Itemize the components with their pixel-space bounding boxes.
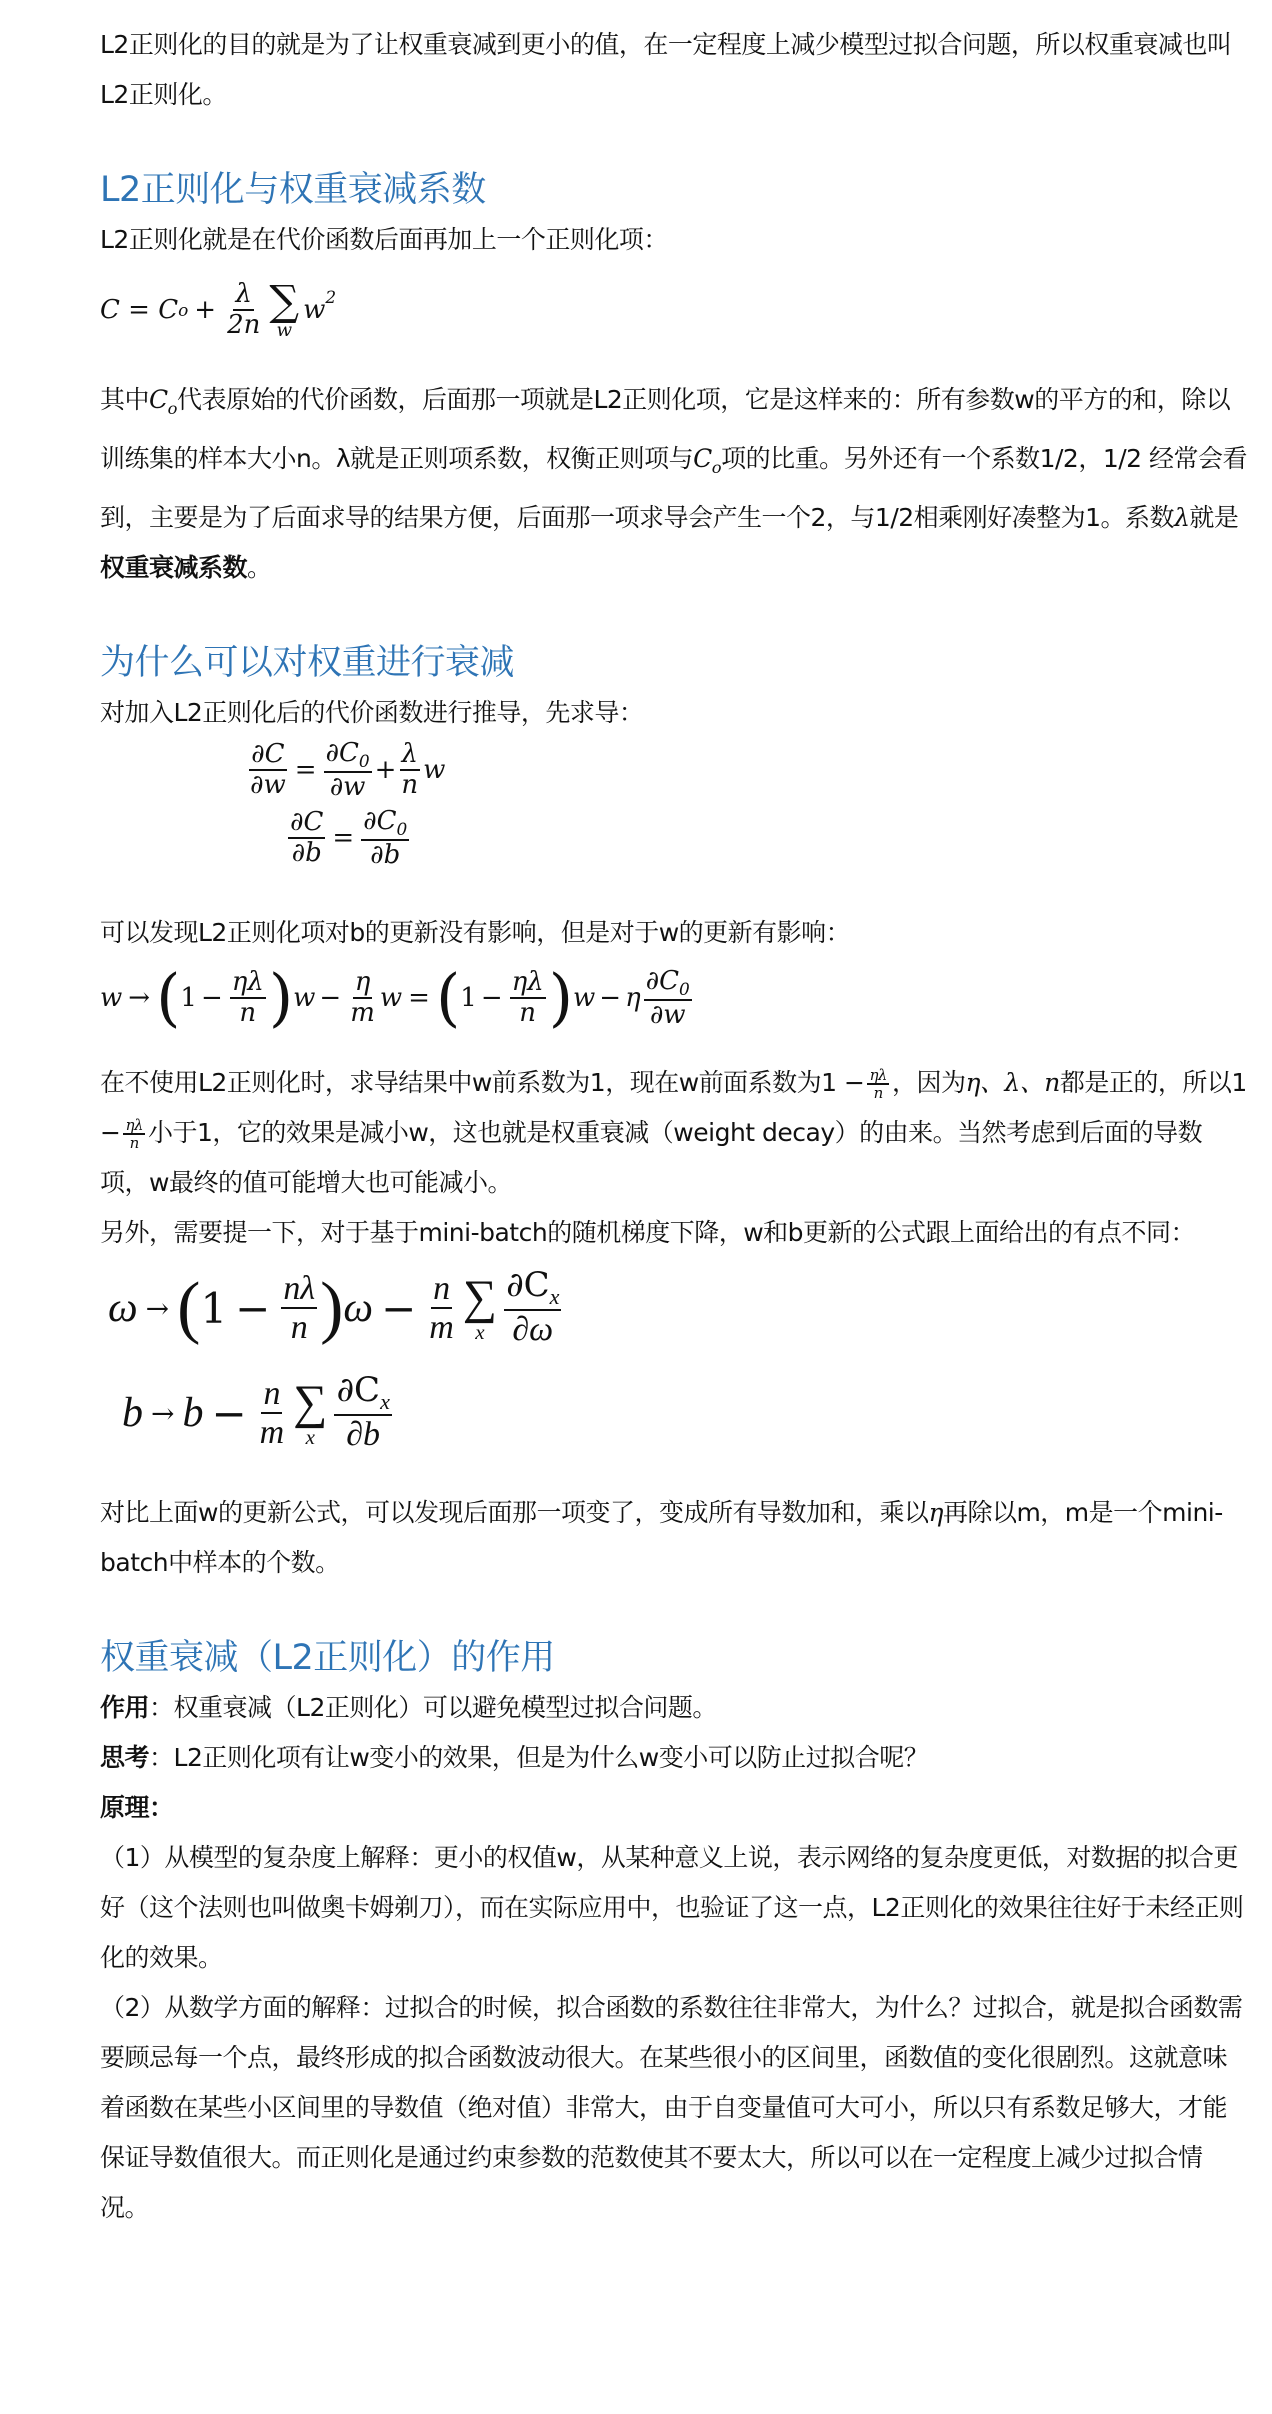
think-line: 思考：L2正则化项有让w变小的效果，但是为什么w变小可以防止过拟合呢？ (100, 1733, 1250, 1783)
bold-weight-decay-coefficient: 权重衰减系数 (100, 553, 247, 582)
principle-point-1: （1）从模型的复杂度上解释：更小的权值w，从某种意义上说，表示网络的复杂度更低，… (100, 1833, 1250, 1983)
document-body: L2正则化的目的就是为了让权重衰减到更小的值，在一定程度上减少模型过拟合问题，所… (100, 20, 1250, 2233)
formula-w-update: w→ (1− ηλn) w− ηm w= (1− ηλn) w−η ∂C0∂w (100, 958, 1250, 1038)
l2-explanation: 其中Co代表原始的代价函数，后面那一项就是L2正则化项，它是这样来的：所有参数w… (100, 375, 1250, 593)
mini-batch-note: 另外，需要提一下，对于基于mini-batch的随机梯度下降，w和b更新的公式跟… (100, 1208, 1250, 1258)
formula-dc-dw: ∂C∂w = ∂C0∂w + λn w (100, 738, 1250, 802)
heading-role: 权重衰减（L2正则化）的作用 (100, 1633, 1250, 1683)
b-update-note: 可以发现L2正则化项对b的更新没有影响，但是对于w的更新有影响： (100, 908, 1250, 958)
formula-omega-minibatch: ω→ (1− nλn) ω− nm ∑x ∂Cx∂ω (100, 1258, 1250, 1358)
update-comparison: 对比上面w的更新公式，可以发现后面那一项变了，变成所有导数加和，乘以η再除以m，… (100, 1488, 1250, 1588)
heading-why-decay: 为什么可以对权重进行衰减 (100, 638, 1250, 688)
formula-cost-l2: C = Co + λ2n ∑w w2 (100, 265, 1250, 355)
derivative-intro: 对加入L2正则化后的代价函数进行推导，先求导： (100, 688, 1250, 738)
principle-point-2: （2）从数学方面的解释：过拟合的时候，拟合函数的系数往往非常大，为什么？过拟合，… (100, 1983, 1250, 2233)
l2-intro: L2正则化就是在代价函数后面再加上一个正则化项： (100, 215, 1250, 265)
intro-paragraph: L2正则化的目的就是为了让权重衰减到更小的值，在一定程度上减少模型过拟合问题，所… (100, 20, 1250, 120)
formula-b-minibatch: b→ b− nm ∑x ∂Cx∂b (100, 1358, 1250, 1468)
role-line: 作用：权重衰减（L2正则化）可以避免模型过拟合问题。 (100, 1683, 1250, 1733)
principle-label: 原理： (100, 1783, 1250, 1833)
formula-dc-db: ∂C∂b = ∂C0∂b (100, 802, 1250, 874)
heading-l2-coefficient: L2正则化与权重衰减系数 (100, 165, 1250, 215)
coefficient-explanation: 在不使用L2正则化时，求导结果中w前系数为1，现在w前面系数为1 −ηλn，因为… (100, 1058, 1250, 1208)
